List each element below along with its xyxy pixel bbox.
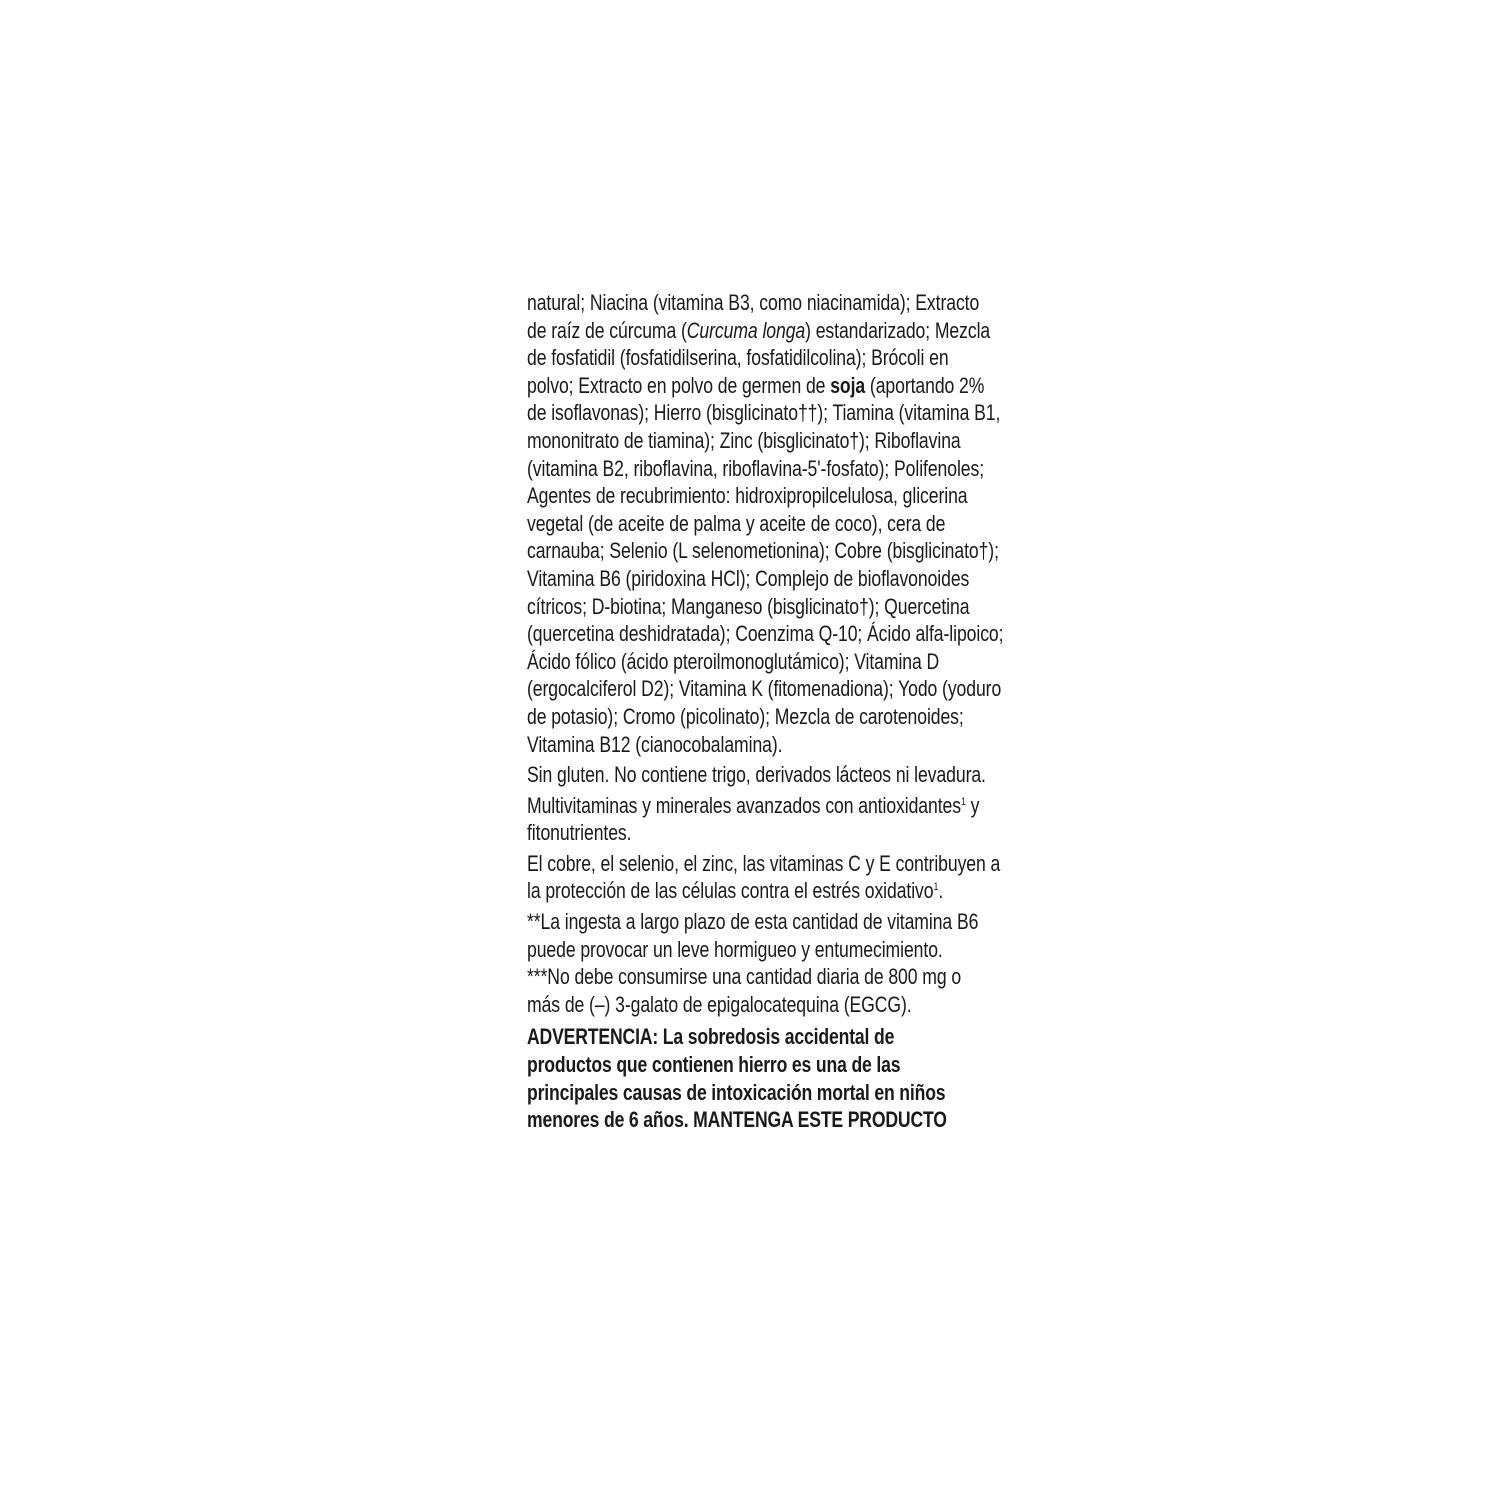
vitamin-b6-note: **La ingesta a largo plazo de esta canti… <box>527 908 997 963</box>
ingredients-line: mononitrato de tiamina); Zinc (bisglicin… <box>527 427 903 455</box>
ingredients-line: de potasio); Cromo (picolinato); Mezcla … <box>527 703 903 731</box>
allergen-highlight: soja <box>830 373 865 398</box>
warning-line: menores de 6 años. MANTENGA ESTE PRODUCT… <box>527 1106 903 1134</box>
allergen-statement: Sin gluten. No contiene trigo, derivados… <box>527 761 903 789</box>
ingredients-line: de fosfatidil (fosfatidilserina, fosfati… <box>527 344 903 372</box>
supplement-label-text: natural; Niacina (vitamina B3, como niac… <box>527 289 997 1134</box>
ingredients-line: polvo; Extracto en polvo de germen de so… <box>527 372 903 400</box>
ingredients-list: natural; Niacina (vitamina B3, como niac… <box>527 289 997 758</box>
ingredients-line: Vitamina B12 (cianocobalamina). <box>527 731 903 759</box>
ingredients-line: (quercetina deshidratada); Coenzima Q-10… <box>527 620 903 648</box>
ingredients-line: cítricos; D-biotina; Manganeso (bisglici… <box>527 593 903 621</box>
iron-warning: ADVERTENCIA: La sobredosis accidental de… <box>527 1023 997 1133</box>
botanical-name: Curcuma longa <box>687 318 805 343</box>
warning-line: ADVERTENCIA: La sobredosis accidental de <box>527 1023 903 1051</box>
product-claim: Multivitaminas y minerales avanzados con… <box>527 792 997 847</box>
ingredients-line: Agentes de recubrimiento: hidroxipropilc… <box>527 482 903 510</box>
warning-line: principales causas de intoxicación morta… <box>527 1079 903 1107</box>
ingredients-line: de raíz de cúrcuma (Curcuma longa) estan… <box>527 317 903 345</box>
ingredients-line: Ácido fólico (ácido pteroilmonoglutámico… <box>527 648 903 676</box>
health-claim: El cobre, el selenio, el zinc, las vitam… <box>527 850 997 905</box>
warning-line: productos que contienen hierro es una de… <box>527 1051 903 1079</box>
ingredients-line: Vitamina B6 (piridoxina HCl); Complejo d… <box>527 565 903 593</box>
ingredients-line: (ergocalciferol D2); Vitamina K (fitomen… <box>527 675 903 703</box>
egcg-note: ***No debe consumirse una cantidad diari… <box>527 963 997 1018</box>
ingredients-line: de isoflavonas); Hierro (bisglicinato††)… <box>527 399 903 427</box>
ingredients-line: vegetal (de aceite de palma y aceite de … <box>527 510 903 538</box>
ingredients-line: carnauba; Selenio (L selenometionina); C… <box>527 537 903 565</box>
ingredients-line: (vitamina B2, riboflavina, riboflavina-5… <box>527 455 903 483</box>
ingredients-line: natural; Niacina (vitamina B3, como niac… <box>527 289 903 317</box>
